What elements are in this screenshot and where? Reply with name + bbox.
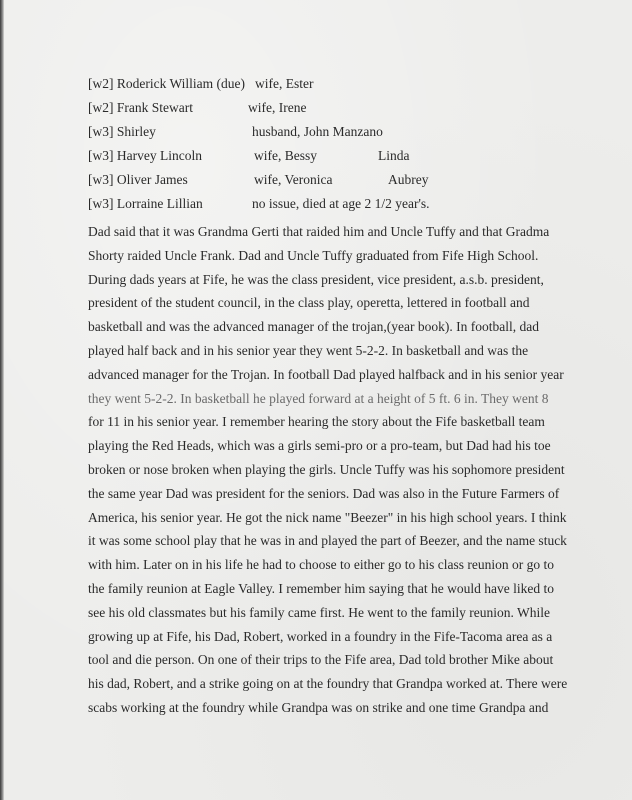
family-row: [w3] Lorraine Lillian no issue, died at … xyxy=(0,192,632,216)
paragraph-line: the family reunion at Eagle Valley. I re… xyxy=(88,577,608,601)
paragraph-line: scabs working at the foundry while Grand… xyxy=(88,696,608,720)
paragraph-line: they went 5-2-2. In basketball he played… xyxy=(88,387,608,411)
paragraph-line: America, his senior year. He got the nic… xyxy=(88,506,608,530)
spouse: no issue, died at age 2 1/2 year's. xyxy=(252,192,430,216)
paragraph-line: president of the student council, in the… xyxy=(88,291,608,315)
body-paragraph: Dad said that it was Grandma Gerti that … xyxy=(88,220,608,720)
family-row: [w2] Frank Stewart wife, Irene xyxy=(0,96,632,120)
paragraph-line: for 11 in his senior year. I remember he… xyxy=(88,410,608,434)
scanned-page: [w2] Roderick William (due) wife, Ester … xyxy=(0,0,632,800)
paragraph-line: tool and die person. On one of their tri… xyxy=(88,648,608,672)
child-name: [w3] Lorraine Lillian xyxy=(88,192,203,216)
paragraph-line: growing up at Fife, his Dad, Robert, wor… xyxy=(88,625,608,649)
paragraph-line: basketball and was the advanced manager … xyxy=(88,315,608,339)
paragraph-line: his dad, Robert, and a strike going on a… xyxy=(88,672,608,696)
child-name: [w2] Roderick William (due) xyxy=(88,72,245,96)
paragraph-line: played half back and in his senior year … xyxy=(88,339,608,363)
grandchild: Aubrey xyxy=(388,168,429,192)
family-row: [w3] Oliver James wife, Veronica Aubrey xyxy=(0,168,632,192)
child-name: [w3] Shirley xyxy=(88,120,156,144)
family-row: [w3] Harvey Lincoln wife, Bessy Linda xyxy=(0,144,632,168)
paragraph-line: it was some school play that he was in a… xyxy=(88,529,608,553)
paragraph-line: During dads years at Fife, he was the cl… xyxy=(88,268,608,292)
paragraph-line: broken or nose broken when playing the g… xyxy=(88,458,608,482)
spouse: wife, Irene xyxy=(248,96,306,120)
spouse: wife, Veronica xyxy=(254,168,332,192)
spouse: wife, Ester xyxy=(255,72,313,96)
child-name: [w3] Oliver James xyxy=(88,168,188,192)
paragraph-line: advanced manager for the Trojan. In foot… xyxy=(88,363,608,387)
paragraph-line: Shorty raided Uncle Frank. Dad and Uncle… xyxy=(88,244,608,268)
paragraph-line: Dad said that it was Grandma Gerti that … xyxy=(88,220,608,244)
child-name: [w2] Frank Stewart xyxy=(88,96,193,120)
paragraph-line: see his old classmates but his family ca… xyxy=(88,601,608,625)
family-row: [w2] Roderick William (due) wife, Ester xyxy=(0,72,632,96)
spouse: wife, Bessy xyxy=(254,144,317,168)
child-name: [w3] Harvey Lincoln xyxy=(88,144,202,168)
paragraph-line: with him. Later on in his life he had to… xyxy=(88,553,608,577)
grandchild: Linda xyxy=(378,144,410,168)
family-row: [w3] Shirley husband, John Manzano xyxy=(0,120,632,144)
spouse: husband, John Manzano xyxy=(252,120,383,144)
paragraph-line: the same year Dad was president for the … xyxy=(88,482,608,506)
paragraph-line: playing the Red Heads, which was a girls… xyxy=(88,434,608,458)
